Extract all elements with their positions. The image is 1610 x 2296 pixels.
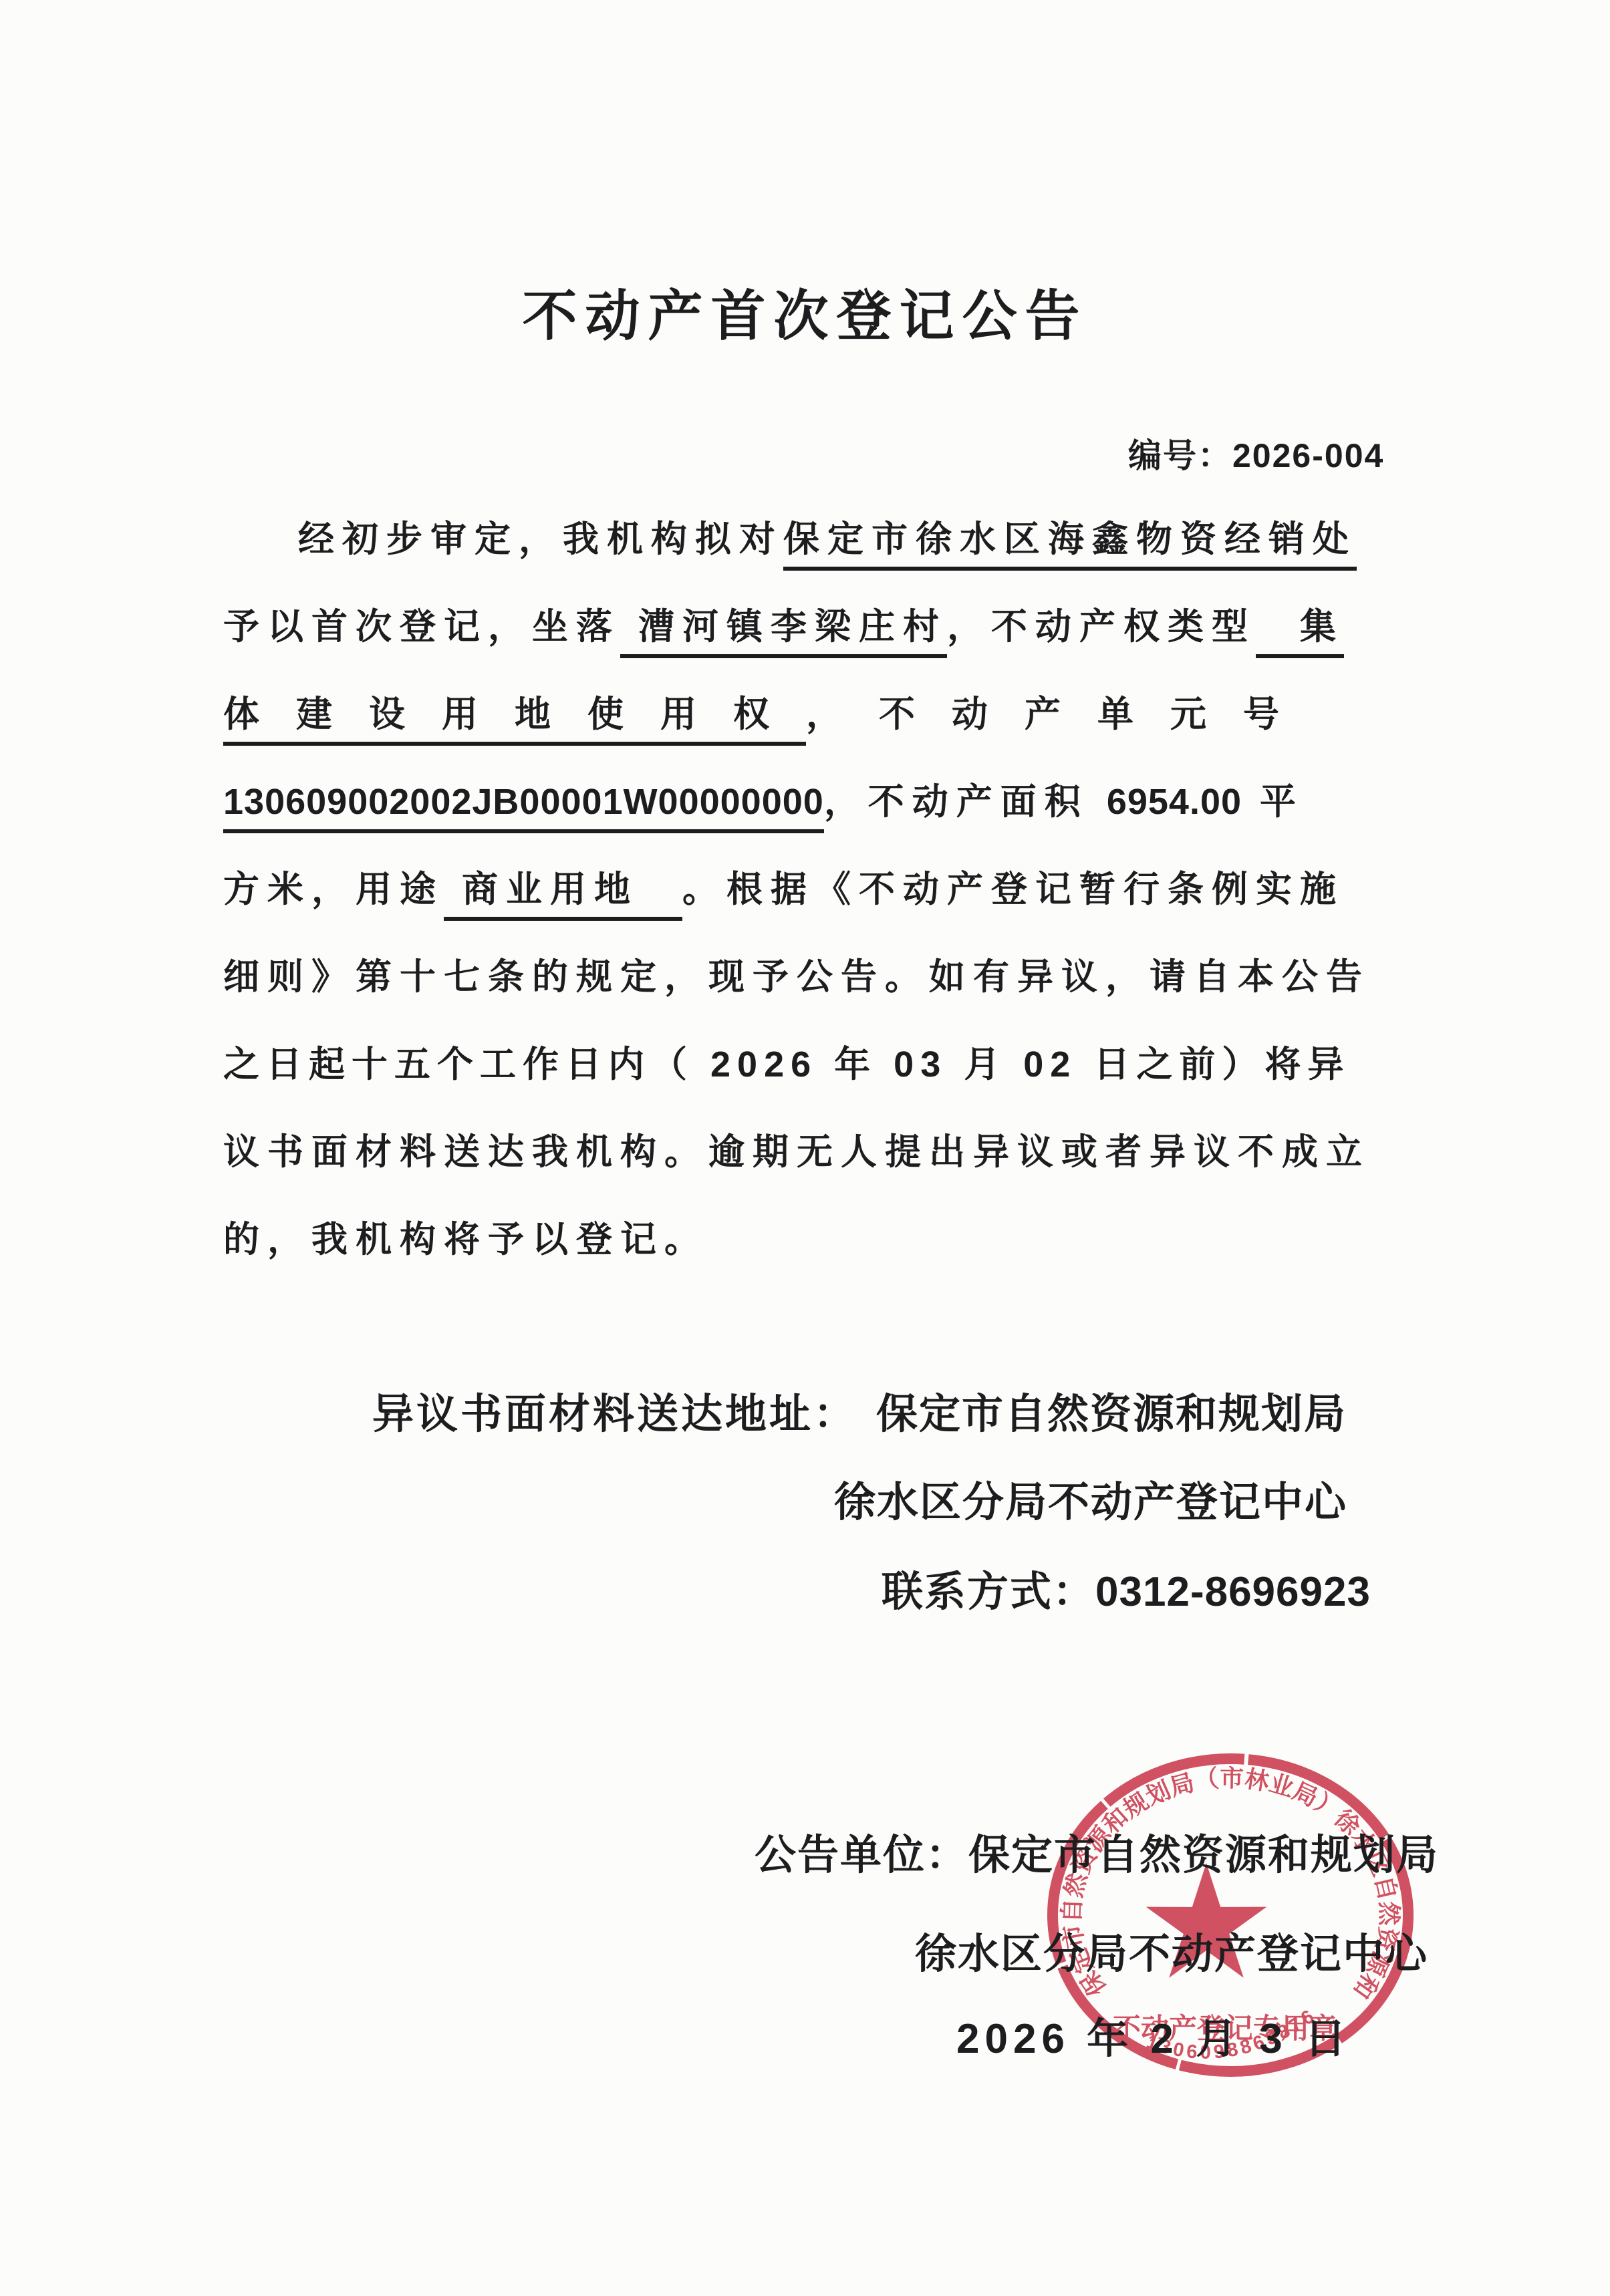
right-type-value: 集	[1256, 607, 1344, 658]
location-value: 漕河镇李梁庄村	[620, 607, 947, 658]
body-text: 议书面材料送达我机构。逾期无人提出异议或者异议不成立	[223, 1132, 1370, 1172]
body-text: 年	[817, 1044, 894, 1085]
body-line: 予以首次登记，坐落 漕河镇李梁庄村，不动产权类型 集	[223, 583, 1394, 671]
body-line: 体建设用地使用权，不动产单元号	[223, 671, 1394, 758]
objection-address-line1: 保定市自然资源和规划局	[876, 1391, 1347, 1437]
unit-number-value: 130609002002JB00001W00000000	[223, 782, 824, 833]
objection-address: 异议书面材料送达地址：保定市自然资源和规划局	[372, 1381, 1347, 1440]
objection-address-line2: 徐水区分局不动产登记中心	[834, 1469, 1347, 1528]
body-text: 细则》第十七条的规定，现予公告。如有异议，请自本公告	[223, 957, 1370, 997]
body-line: 的，我机构将予以登记。	[223, 1196, 1394, 1284]
area-value: 6954.00	[1107, 782, 1242, 822]
issuer: 公告单位：保定市自然资源和规划局	[755, 1822, 1439, 1881]
contact: 联系方式：0312-8696923	[882, 1558, 1371, 1618]
body-line: 细则》第十七条的规定，现予公告。如有异议，请自本公告	[223, 934, 1394, 1021]
announcement-body: 经初步审定，我机构拟对保定市徐水区海鑫物资经销处 予以首次登记，坐落 漕河镇李梁…	[223, 496, 1394, 1284]
deadline-year: 2026	[710, 1044, 817, 1085]
contact-label: 联系方式：	[882, 1569, 1095, 1615]
issue-date: 2026 年 2 月 3 日	[956, 2005, 1351, 2065]
body-text: 日之前）将异	[1077, 1044, 1350, 1085]
applicant-name: 保定市徐水区海鑫物资经销处	[783, 519, 1357, 571]
body-text: 予以首次登记，坐落	[223, 607, 620, 647]
issuer-line1: 保定市自然资源和规划局	[968, 1832, 1439, 1878]
doc-number: 编号：2026-004	[1128, 429, 1384, 477]
issuer-label: 公告单位：	[755, 1832, 968, 1878]
page-title: 不动产首次登记公告	[0, 273, 1610, 351]
right-type-value: 体建设用地使用权	[223, 694, 806, 746]
body-text: 之日起十五个工作日内（	[223, 1044, 710, 1085]
body-line: 方米，用途 商业用地 。根据《不动产登记暂行条例实施	[223, 846, 1394, 934]
doc-number-label: 编号：	[1128, 437, 1232, 474]
issuer-line2: 徐水区分局不动产登记中心	[915, 1920, 1428, 1980]
body-text: 经初步审定，我机构拟对	[298, 519, 783, 559]
body-text: 月	[947, 1044, 1023, 1085]
body-text: ，不动产面积	[824, 782, 1107, 822]
body-text: 平	[1242, 782, 1304, 822]
objection-address-label: 异议书面材料送达地址：	[372, 1391, 857, 1437]
body-line: 议书面材料送达我机构。逾期无人提出异议或者异议不成立	[223, 1109, 1394, 1196]
body-text: 的，我机构将予以登记。	[223, 1219, 708, 1260]
body-line: 之日起十五个工作日内（ 2026 年 03 月 02 日之前）将异	[223, 1021, 1394, 1109]
deadline-month: 03	[894, 1044, 947, 1085]
body-text: ，不动产权类型	[947, 607, 1256, 647]
doc-number-value: 2026-004	[1232, 437, 1384, 474]
deadline-day: 02	[1023, 1044, 1077, 1085]
contact-phone: 0312-8696923	[1095, 1569, 1371, 1615]
usage-value: 商业用地	[444, 869, 682, 921]
body-text: ，不动产单元号	[806, 694, 1316, 734]
body-line: 经初步审定，我机构拟对保定市徐水区海鑫物资经销处	[223, 496, 1394, 583]
body-text: 方米，用途	[223, 869, 444, 909]
body-text: 。根据《不动产登记暂行条例实施	[682, 869, 1344, 909]
document-page: 不动产首次登记公告 编号：2026-004 经初步审定，我机构拟对保定市徐水区海…	[0, 0, 1610, 2296]
body-line: 130609002002JB00001W00000000，不动产面积 6954.…	[223, 758, 1394, 846]
